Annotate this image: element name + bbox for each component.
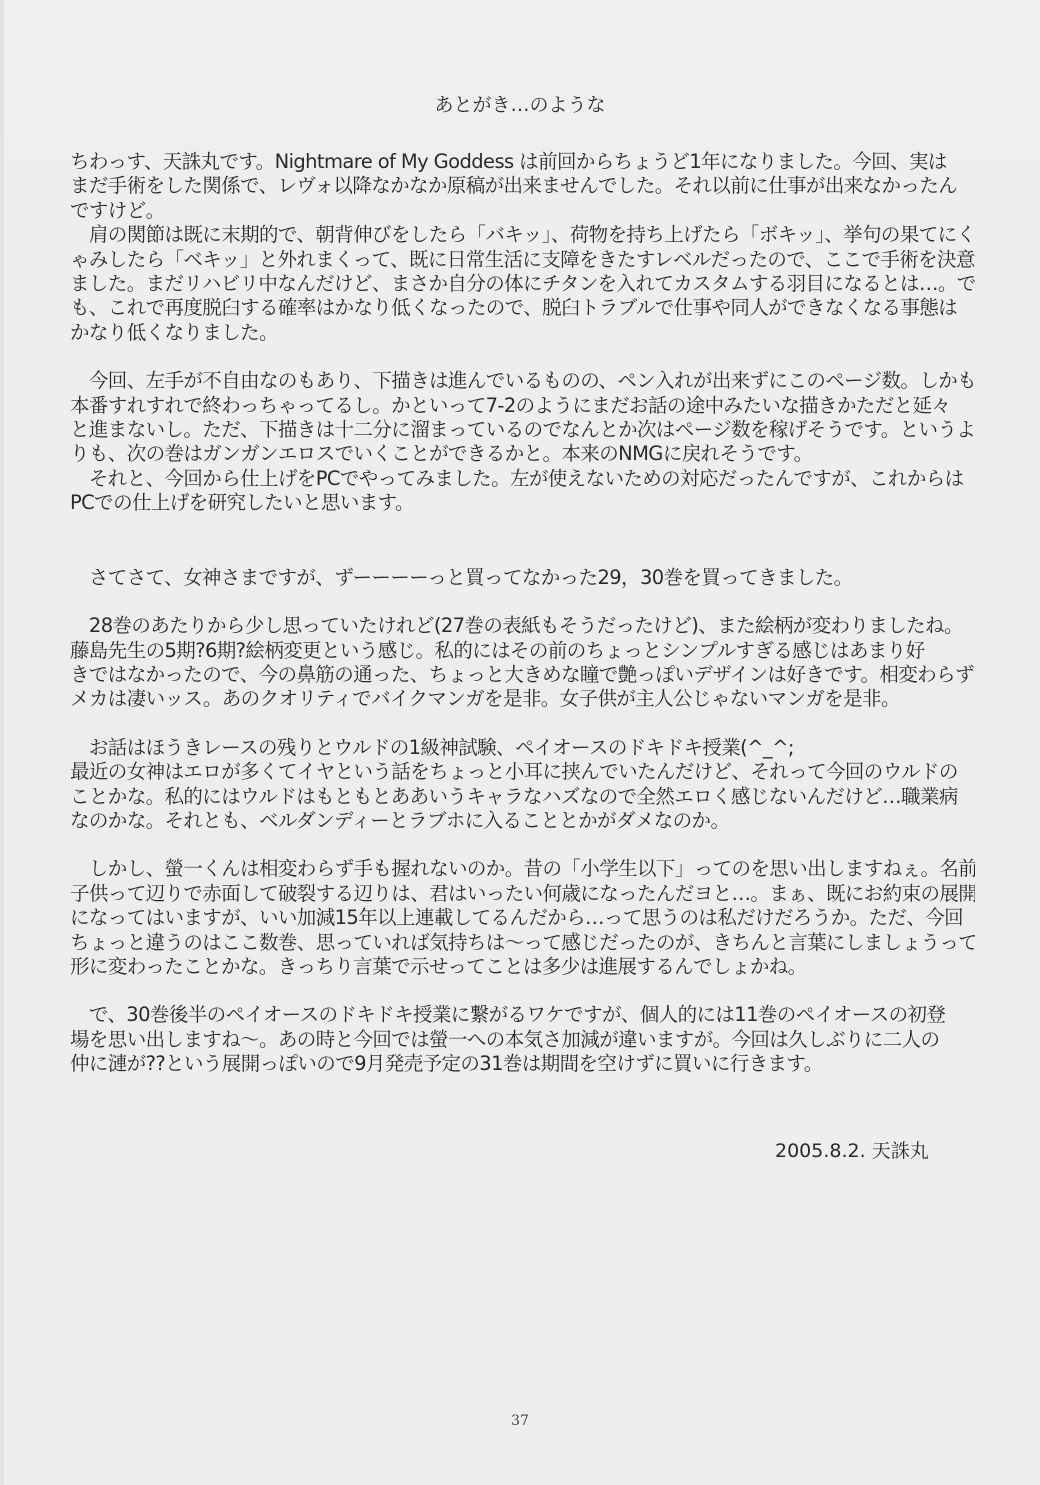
paragraph-gap: [70, 590, 975, 614]
text-line: ですけど。: [70, 199, 975, 223]
page-title: あとがき…のような: [0, 90, 1040, 117]
text-line: お話はほうきレースの残りとウルドの1級神試験、ペイオースのドキドキ授業(^_^;: [70, 736, 975, 760]
paragraph-gap: [70, 712, 975, 736]
body-text: ちわっす、天誅丸です。Nightmare of My Goddess は前回から…: [70, 150, 975, 1077]
paragraph-3: 今回、左手が不自由なのもあり、下描きは進んでいるものの、ペン入れが出来ずにこのペ…: [70, 369, 975, 515]
page-edge: [0, 0, 4, 1485]
text-line: になってはいますが、いい加減15年以上連載してるんだから…って思うのは私だけだろ…: [70, 906, 975, 930]
text-line: 本番すれすれで終わっちゃってるし。かといって7-2のようにまだお話の途中みたいな…: [70, 394, 975, 418]
signature-date: 2005.8.2. 天誅丸: [775, 1136, 929, 1163]
paragraph-6: お話はほうきレースの残りとウルドの1級神試験、ペイオースのドキドキ授業(^_^;…: [70, 736, 975, 834]
page-number: 37: [0, 1413, 1040, 1429]
paragraph-2: 肩の関節は既に末期的で、朝背伸びをしたら「バキッ」、荷物を持ち上げたら「ボキッ」…: [70, 223, 975, 345]
text-line: メカは凄いッス。あのクオリティでバイクマンガを是非。女子供が主人公じゃないマンガ…: [70, 687, 975, 711]
text-line: なのかな。それとも、ベルダンディーとラブホに入ることとかがダメなのか。: [70, 809, 975, 833]
text-line: きではなかったので、今の鼻筋の通った、ちょっと大きめな瞳で艶っぽいデザインは好き…: [70, 663, 975, 687]
text-line: しかし、螢一くんは相変わらず手も握れないのか。昔の「小学生以下」ってのを思い出し…: [70, 857, 975, 881]
text-line: も、これで再度脱臼する確率はかなり低くなったので、脱臼トラブルで仕事や同人ができ…: [70, 296, 975, 320]
text-line: ちょっと違うのはここ数巻、思っていれば気持ちは～って感じだったのが、きちんと言葉…: [70, 931, 975, 955]
text-line: PCでの仕上げを研究したいと思います。: [70, 491, 975, 515]
text-line: 仲に漣が??という展開っぽいので9月発売予定の31巻は期間を空けずに買いに行きま…: [70, 1052, 975, 1076]
text-line: かなり低くなりました。: [70, 321, 975, 345]
text-line: ました。まだリハビリ中なんだけど、まさか自分の体にチタンを入れてカスタムする羽目…: [70, 272, 975, 296]
text-line: と進まないし。ただ、下描きは十二分に溜まっているのでなんとか次はページ数を稼げそ…: [70, 418, 975, 442]
text-line: 形に変わったことかな。きっちり言葉で示せってことは多少は進展するんでしょかね。: [70, 955, 975, 979]
text-line: ゃみしたら「ベキッ」と外れまくって、既に日常生活に支障をきたすレベルだったので、…: [70, 248, 975, 272]
text-line: 最近の女神はエロが多くてイヤという話をちょっと小耳に挟んでいたんだけど、それって…: [70, 760, 975, 784]
text-line: 場を思い出しますね～。あの時と今回では螢一への本気さ加減が違いますが。今回は久し…: [70, 1028, 975, 1052]
paragraph-4: さてさて、女神さまですが、ずーーーーっと買ってなかった29，30巻を買ってきまし…: [70, 566, 975, 590]
text-line: 肩の関節は既に末期的で、朝背伸びをしたら「バキッ」、荷物を持ち上げたら「ボキッ」…: [70, 223, 975, 247]
paragraph-1: ちわっす、天誅丸です。Nightmare of My Goddess は前回から…: [70, 150, 975, 223]
text-line: ことかな。私的にはウルドはもともとああいうキャラなハズなので全然エロく感じないん…: [70, 785, 975, 809]
text-line: ちわっす、天誅丸です。Nightmare of My Goddess は前回から…: [70, 150, 975, 174]
paragraph-gap: [70, 833, 975, 857]
paragraph-5: 28巻のあたりから少し思っていたけれど(27巻の表紙もそうだったけど)、また絵柄…: [70, 614, 975, 712]
text-line: まだ手術をした関係で、レヴォ以降なかなか原稿が出来ませんでした。それ以前に仕事が…: [70, 174, 975, 198]
text-line: 子供って辺りで赤面して破裂する辺りは、君はいったい何歳になったんだヨと…。まぁ、…: [70, 882, 975, 906]
text-line: りも、次の巻はガンガンエロスでいくことができるかと。本来のNMGに戻れそうです。: [70, 442, 975, 466]
text-line: 28巻のあたりから少し思っていたけれど(27巻の表紙もそうだったけど)、また絵柄…: [70, 614, 975, 638]
text-line: それと、今回から仕上げをPCでやってみました。左が使えないための対応だったんです…: [70, 467, 975, 491]
text-line: さてさて、女神さまですが、ずーーーーっと買ってなかった29，30巻を買ってきまし…: [70, 566, 975, 590]
text-line: 藤島先生の5期?6期?絵柄変更という感じ。私的にはその前のちょっとシンプルすぎる…: [70, 639, 975, 663]
paragraph-gap: [70, 516, 975, 566]
paragraph-7: しかし、螢一くんは相変わらず手も握れないのか。昔の「小学生以下」ってのを思い出し…: [70, 857, 975, 979]
paragraph-8: で、30巻後半のペイオースのドキドキ授業に繋がるワケですが、個人的には11巻のペ…: [70, 1003, 975, 1076]
text-line: 今回、左手が不自由なのもあり、下描きは進んでいるものの、ペン入れが出来ずにこのペ…: [70, 369, 975, 393]
paragraph-gap: [70, 345, 975, 369]
text-line: で、30巻後半のペイオースのドキドキ授業に繋がるワケですが、個人的には11巻のペ…: [70, 1003, 975, 1027]
page: あとがき…のような ちわっす、天誅丸です。Nightmare of My God…: [0, 0, 1040, 1485]
paragraph-gap: [70, 979, 975, 1003]
